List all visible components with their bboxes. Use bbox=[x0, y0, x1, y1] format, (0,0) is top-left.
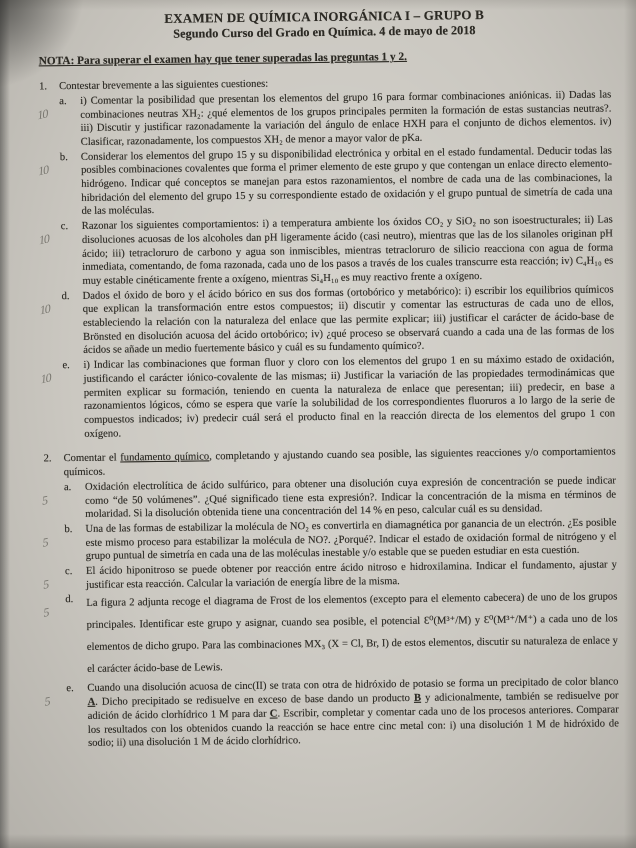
photographed-exam-page: EXAMEN DE QUÍMICA INORGÁNICA I – GRUPO B… bbox=[0, 0, 636, 848]
item-letter: c. bbox=[61, 220, 69, 234]
item-letter: e. bbox=[66, 682, 74, 696]
handwritten-score-mark: 10 bbox=[39, 302, 50, 316]
question-1-item-a: 10 a. i) Comentar la posibilidad que pre… bbox=[59, 88, 612, 150]
underlined-phrase: fundamento químico bbox=[120, 452, 209, 464]
item-text: i) Indicar las combinaciones que forman … bbox=[83, 353, 615, 442]
item-letter: d. bbox=[62, 290, 70, 304]
handwritten-score-mark: 10 bbox=[40, 372, 51, 386]
item-letter: d. bbox=[65, 593, 73, 607]
item-text: Razonar los siguientes comportamientos: … bbox=[82, 214, 614, 289]
handwritten-score-mark: 10 bbox=[37, 107, 48, 121]
handwritten-score-mark: 5 bbox=[43, 578, 49, 591]
question-1: 1. Contestar brevemente a las siguientes… bbox=[39, 74, 615, 442]
question-2-item-b: 5 b. Una de las formas de estabilizar la… bbox=[64, 516, 616, 564]
item-text: La figura 2 adjunta recoge el diagrama d… bbox=[86, 587, 618, 681]
item-text: Dados el óxido de boro y el ácido bórico… bbox=[83, 283, 615, 358]
item-text: Una de las formas de estabilizar la molé… bbox=[85, 516, 616, 564]
handwritten-score-mark: 10 bbox=[38, 163, 49, 177]
handwritten-score-mark: 5 bbox=[43, 606, 49, 619]
item-text: i) Comentar la posibilidad que presentan… bbox=[80, 88, 612, 149]
handwritten-score-mark: 5 bbox=[44, 695, 50, 708]
item-text: Cuando una disolución acuosa de cinc(II)… bbox=[87, 676, 619, 751]
question-1-item-c: 10 c. Razonar los siguientes comportamie… bbox=[61, 214, 614, 289]
question-1-item-b: 10 b. Considerar los elementos del grupo… bbox=[60, 144, 613, 219]
text-segment: . Dicho precipitado se redisuelve en exc… bbox=[95, 693, 414, 708]
question-2: 2. Comentar el fundamento químico, compl… bbox=[44, 446, 620, 752]
item-letter: b. bbox=[60, 151, 68, 165]
exam-sheet: EXAMEN DE QUÍMICA INORGÁNICA I – GRUPO B… bbox=[0, 0, 636, 752]
question-2-item-e: 5 e. Cuando una disolución acuosa de cin… bbox=[66, 676, 619, 751]
note-line: NOTA: Para superar el examen hay que ten… bbox=[39, 49, 611, 70]
item-letter: a. bbox=[59, 95, 67, 109]
item-text: Oxidación electrolítica de ácido sulfúri… bbox=[85, 474, 616, 522]
product-label-C: C bbox=[270, 708, 278, 719]
item-letter: c. bbox=[65, 565, 73, 579]
item-text: Considerar los elementos del grupo 15 y … bbox=[81, 144, 613, 219]
product-label-A: A bbox=[87, 697, 95, 708]
question-2-item-d: 5 d. La figura 2 adjunta recoge el diagr… bbox=[65, 587, 618, 682]
question-1-number: 1. bbox=[39, 80, 47, 94]
question-2-number: 2. bbox=[44, 453, 52, 467]
intro-segment: Comentar el bbox=[64, 453, 121, 465]
handwritten-score-mark: 5 bbox=[42, 536, 48, 549]
item-letter: e. bbox=[62, 359, 70, 373]
question-1-item-d: 10 d. Dados el óxido de boro y el ácido … bbox=[62, 283, 615, 358]
item-letter: a. bbox=[64, 481, 72, 495]
handwritten-score-mark: 5 bbox=[42, 494, 48, 507]
item-letter: b. bbox=[64, 523, 72, 537]
handwritten-score-mark: 10 bbox=[38, 232, 49, 246]
question-1-item-e: 10 e. i) Indicar las combinaciones que f… bbox=[62, 353, 615, 442]
question-2-item-a: 5 a. Oxidación electrolítica de ácido su… bbox=[64, 474, 616, 522]
